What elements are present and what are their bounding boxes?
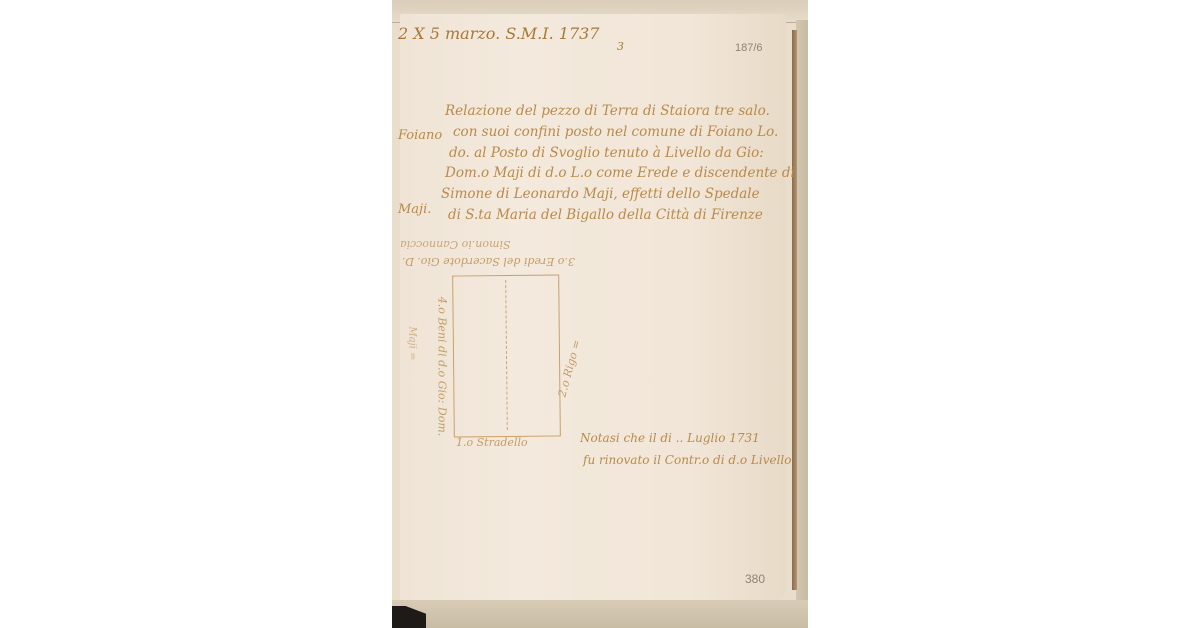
diagram-top-label-2: 3.o Eredi del Sacerdote Gio. D. bbox=[402, 255, 575, 268]
diagram-top-label-1: Simon.io Cannoccia bbox=[400, 238, 511, 251]
footnote-line-1: Notasi che il di .. Luglio 1731 bbox=[580, 431, 760, 445]
body-line-1: Relazione del pezzo di Terra di Staiora … bbox=[445, 103, 770, 119]
body-line-4: Dom.o Maji di d.o L.o come Erede e disce… bbox=[445, 165, 795, 181]
folio-number: 187/6 bbox=[735, 42, 763, 54]
body-line-6: di S.ta Maria del Bigallo della Città di… bbox=[448, 207, 763, 223]
date-line: 2 X 5 marzo. S.M.I. 1737 bbox=[398, 24, 599, 43]
margin-note-name: Maji. bbox=[398, 202, 431, 217]
land-plot-diagram bbox=[452, 274, 561, 437]
body-line-3: do. al Posto di Svoglio tenuto à Livello… bbox=[449, 145, 764, 161]
footnote-line-2: fu rinovato il Contr.o di d.o Livello bbox=[583, 453, 791, 467]
diagram-left-label: 4.o Beni di d.o Gio: Dom. bbox=[435, 297, 448, 437]
body-line-5: Simone di Leonardo Maji, effetti dello S… bbox=[441, 186, 760, 202]
diagram-bottom-label: 1.o Stradello bbox=[456, 436, 528, 449]
page-bottom-edge bbox=[392, 600, 808, 628]
diagram-left-sub-label: Maji = bbox=[407, 326, 418, 360]
body-line-2: con suoi confini posto nel comune di Foi… bbox=[453, 124, 778, 140]
binding-edge bbox=[792, 30, 797, 590]
right-page-strip bbox=[796, 20, 808, 620]
plot-divider-line bbox=[505, 280, 508, 430]
year-fraction: 3 bbox=[617, 40, 624, 53]
margin-note-place: Foiano bbox=[398, 128, 442, 143]
page-number: 380 bbox=[745, 572, 765, 586]
